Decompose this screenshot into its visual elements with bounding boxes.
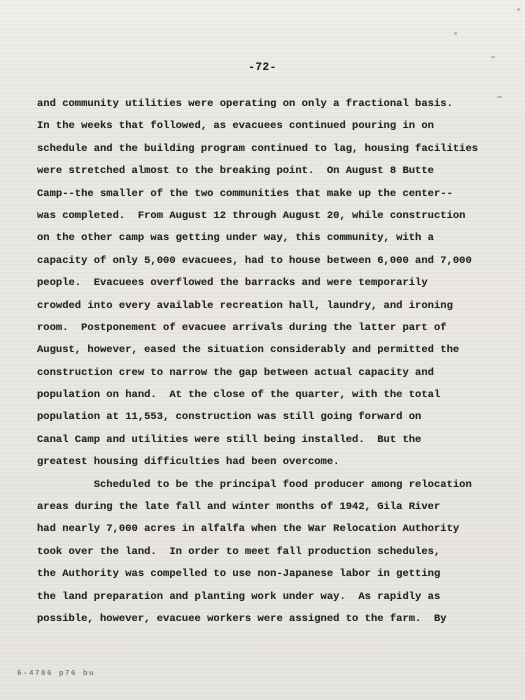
text-line: population at 11,553, construction was s… bbox=[37, 406, 497, 428]
text-line: on the other camp was getting under way,… bbox=[37, 227, 497, 249]
paper-speck bbox=[497, 96, 502, 98]
text-line: took over the land. In order to meet fal… bbox=[37, 541, 497, 563]
text-line: were stretched almost to the breaking po… bbox=[37, 160, 497, 182]
text-line: crowded into every available recreation … bbox=[37, 295, 497, 317]
text-line: areas during the late fall and winter mo… bbox=[37, 496, 497, 518]
text-line: construction crew to narrow the gap betw… bbox=[37, 362, 497, 384]
page-number: -72- bbox=[0, 62, 525, 74]
text-line: had nearly 7,000 acres in alfalfa when t… bbox=[37, 518, 497, 540]
text-line: was completed. From August 12 through Au… bbox=[37, 205, 497, 227]
text-line: room. Postponement of evacuee arrivals d… bbox=[37, 317, 497, 339]
text-line: Canal Camp and utilities were still bein… bbox=[37, 429, 497, 451]
document-page: -72- and community utilities were operat… bbox=[0, 0, 525, 700]
text-line: Camp--the smaller of the two communities… bbox=[37, 183, 497, 205]
text-line: August, however, eased the situation con… bbox=[37, 339, 497, 361]
text-line: population on hand. At the close of the … bbox=[37, 384, 497, 406]
text-line: the Authority was compelled to use non-J… bbox=[37, 563, 497, 585]
text-line: capacity of only 5,000 evacuees, had to … bbox=[37, 250, 497, 272]
paper-speck bbox=[517, 8, 520, 11]
archive-reference-code: 6-4786 p76 bu bbox=[17, 670, 95, 678]
text-line: In the weeks that followed, as evacuees … bbox=[37, 115, 497, 137]
text-line: Scheduled to be the principal food produ… bbox=[37, 474, 497, 496]
text-line: greatest housing difficulties had been o… bbox=[37, 451, 497, 473]
text-line: people. Evacuees overflowed the barracks… bbox=[37, 272, 497, 294]
text-line: and community utilities were operating o… bbox=[37, 93, 497, 115]
text-line: schedule and the building program contin… bbox=[37, 138, 497, 160]
document-body: and community utilities were operating o… bbox=[37, 93, 497, 630]
text-line: the land preparation and planting work u… bbox=[37, 586, 497, 608]
paper-speck bbox=[491, 56, 495, 58]
paper-speck bbox=[454, 32, 457, 35]
text-line: possible, however, evacuee workers were … bbox=[37, 608, 497, 630]
